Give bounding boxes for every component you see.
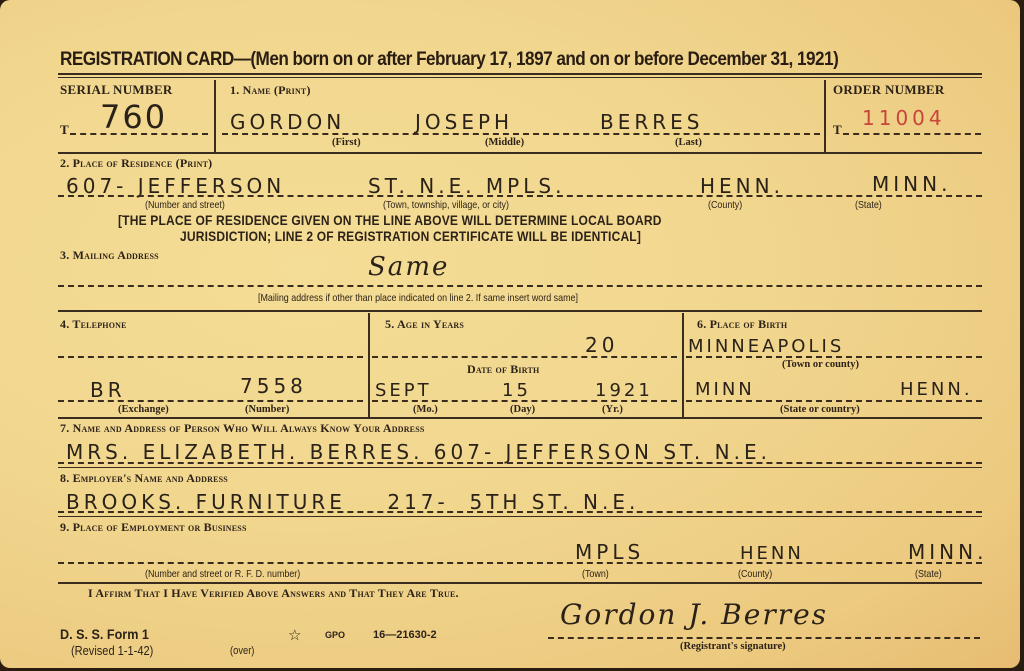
- mailing-address-value: Same: [368, 252, 449, 282]
- divider: [58, 417, 982, 419]
- birthplace-line-2: [686, 400, 982, 402]
- caption-day: (Day): [510, 404, 535, 415]
- caption-county: (County): [708, 199, 742, 211]
- order-number-label: ORDER NUMBER: [833, 82, 945, 98]
- name-middle: JOSEPH: [415, 110, 513, 134]
- caption-town: (Town, township, village, or city): [383, 199, 509, 211]
- serial-number-label: SERIAL NUMBER: [60, 82, 173, 98]
- signature-line: [548, 637, 980, 639]
- telephone-line-2: [58, 400, 363, 402]
- residence-state: MINN.: [872, 172, 951, 196]
- age-label: 5. Age in Years: [385, 317, 464, 332]
- divider: [58, 467, 982, 468]
- caption-number: (Number): [245, 404, 289, 415]
- birth-day: 15: [502, 380, 531, 401]
- serial-prefix: T: [60, 122, 69, 138]
- caption-month: (Mo.): [413, 404, 438, 415]
- caption-employment-town: (Town): [582, 568, 609, 580]
- caption-exchange: (Exchange): [118, 404, 169, 415]
- mailing-line: [58, 285, 982, 287]
- divider: [682, 313, 684, 417]
- divider: [58, 73, 982, 75]
- divider: [214, 80, 216, 152]
- registrant-signature: Gordon J. Berres: [560, 598, 828, 631]
- registration-card: REGISTRATION CARD—(Men born on or after …: [0, 0, 1020, 668]
- dob-line: [372, 400, 677, 402]
- employment-line: [58, 562, 982, 564]
- caption-first: (First): [332, 137, 361, 148]
- contact-label: 7. Name and Address of Person Who Will A…: [60, 421, 425, 436]
- birthplace-town: MINNEAPOLIS: [688, 336, 844, 357]
- caption-last: (Last): [675, 137, 702, 148]
- gpo-number: 16—21630-2: [373, 629, 437, 641]
- birthplace-state: MINN: [695, 379, 755, 400]
- caption-state: (State): [855, 199, 882, 211]
- age-value: 20: [585, 333, 618, 357]
- form-number: D. S. S. Form 1: [60, 626, 149, 642]
- caption-employment-street: (Number and street or R. F. D. number): [145, 568, 300, 580]
- telephone-line-1: [58, 356, 363, 358]
- caption-year: (Yr.): [602, 404, 623, 415]
- signature-caption: (Registrant's signature): [680, 641, 786, 652]
- birthplace-county: HENN.: [900, 379, 973, 400]
- name-first: GORDON: [230, 110, 345, 134]
- name-last: BERRES: [600, 110, 703, 134]
- caption-street: (Number and street): [145, 199, 225, 211]
- residence-line: [58, 195, 982, 197]
- telephone-number: 7558: [240, 374, 307, 398]
- date-of-birth-label: Date of Birth: [467, 362, 539, 377]
- mailing-address-label: 3. Mailing Address: [60, 248, 159, 263]
- affirmation-text: I Affirm That I Have Verified Above Answ…: [88, 586, 459, 601]
- divider: [58, 310, 982, 312]
- caption-employment-state: (State): [915, 568, 942, 580]
- contact-value: MRS. ELIZABETH. BERRES. 607- JEFFERSON S…: [66, 440, 771, 464]
- card-title: REGISTRATION CARD—(Men born on or after …: [60, 48, 838, 71]
- form-over: (over): [230, 645, 254, 657]
- employer-line: [58, 511, 982, 513]
- employment-county: HENN: [740, 543, 804, 564]
- telephone-exchange: BR: [90, 378, 126, 402]
- birthplace-label: 6. Place of Birth: [697, 317, 787, 332]
- birth-year: 1921: [595, 380, 653, 401]
- divider: [368, 313, 370, 417]
- mailing-caption: [Mailing address if other than place ind…: [258, 292, 578, 304]
- divider: [58, 152, 982, 154]
- caption-state-or-country: (State or country): [780, 404, 860, 415]
- employment-town: MPLS: [575, 540, 644, 564]
- order-number-value: 11004: [862, 106, 946, 130]
- gpo-label: GPO: [325, 630, 345, 640]
- residence-label: 2. Place of Residence (Print): [60, 156, 212, 171]
- form-revised: (Revised 1-1-42): [71, 643, 153, 658]
- serial-number-value: 760: [100, 98, 167, 136]
- caption-middle: (Middle): [485, 137, 524, 148]
- order-prefix: T: [833, 122, 842, 138]
- caption-employment-county: (County): [738, 568, 772, 580]
- employer-label: 8. Employer's Name and Address: [60, 471, 228, 486]
- star-icon: ☆: [288, 626, 301, 644]
- employment-label: 9. Place of Employment or Business: [60, 520, 247, 535]
- birth-month: SEPT: [375, 380, 432, 401]
- birthplace-line-1: [686, 356, 982, 358]
- age-line: [372, 356, 677, 358]
- contact-line: [58, 462, 982, 464]
- name-label: 1. Name (Print): [230, 83, 311, 98]
- caption-town-or-county: (Town or county): [782, 359, 859, 370]
- divider: [58, 582, 982, 584]
- divider: [58, 516, 982, 517]
- residence-notice-line1: [THE PLACE OF RESIDENCE GIVEN ON THE LIN…: [118, 212, 662, 228]
- residence-notice-line2: JURISDICTION; LINE 2 OF REGISTRATION CER…: [180, 228, 641, 244]
- divider: [824, 80, 826, 152]
- order-line: [843, 133, 981, 135]
- divider: [58, 77, 982, 78]
- telephone-label: 4. Telephone: [60, 317, 127, 332]
- employment-state: MINN.: [908, 540, 987, 564]
- name-line: [222, 133, 820, 135]
